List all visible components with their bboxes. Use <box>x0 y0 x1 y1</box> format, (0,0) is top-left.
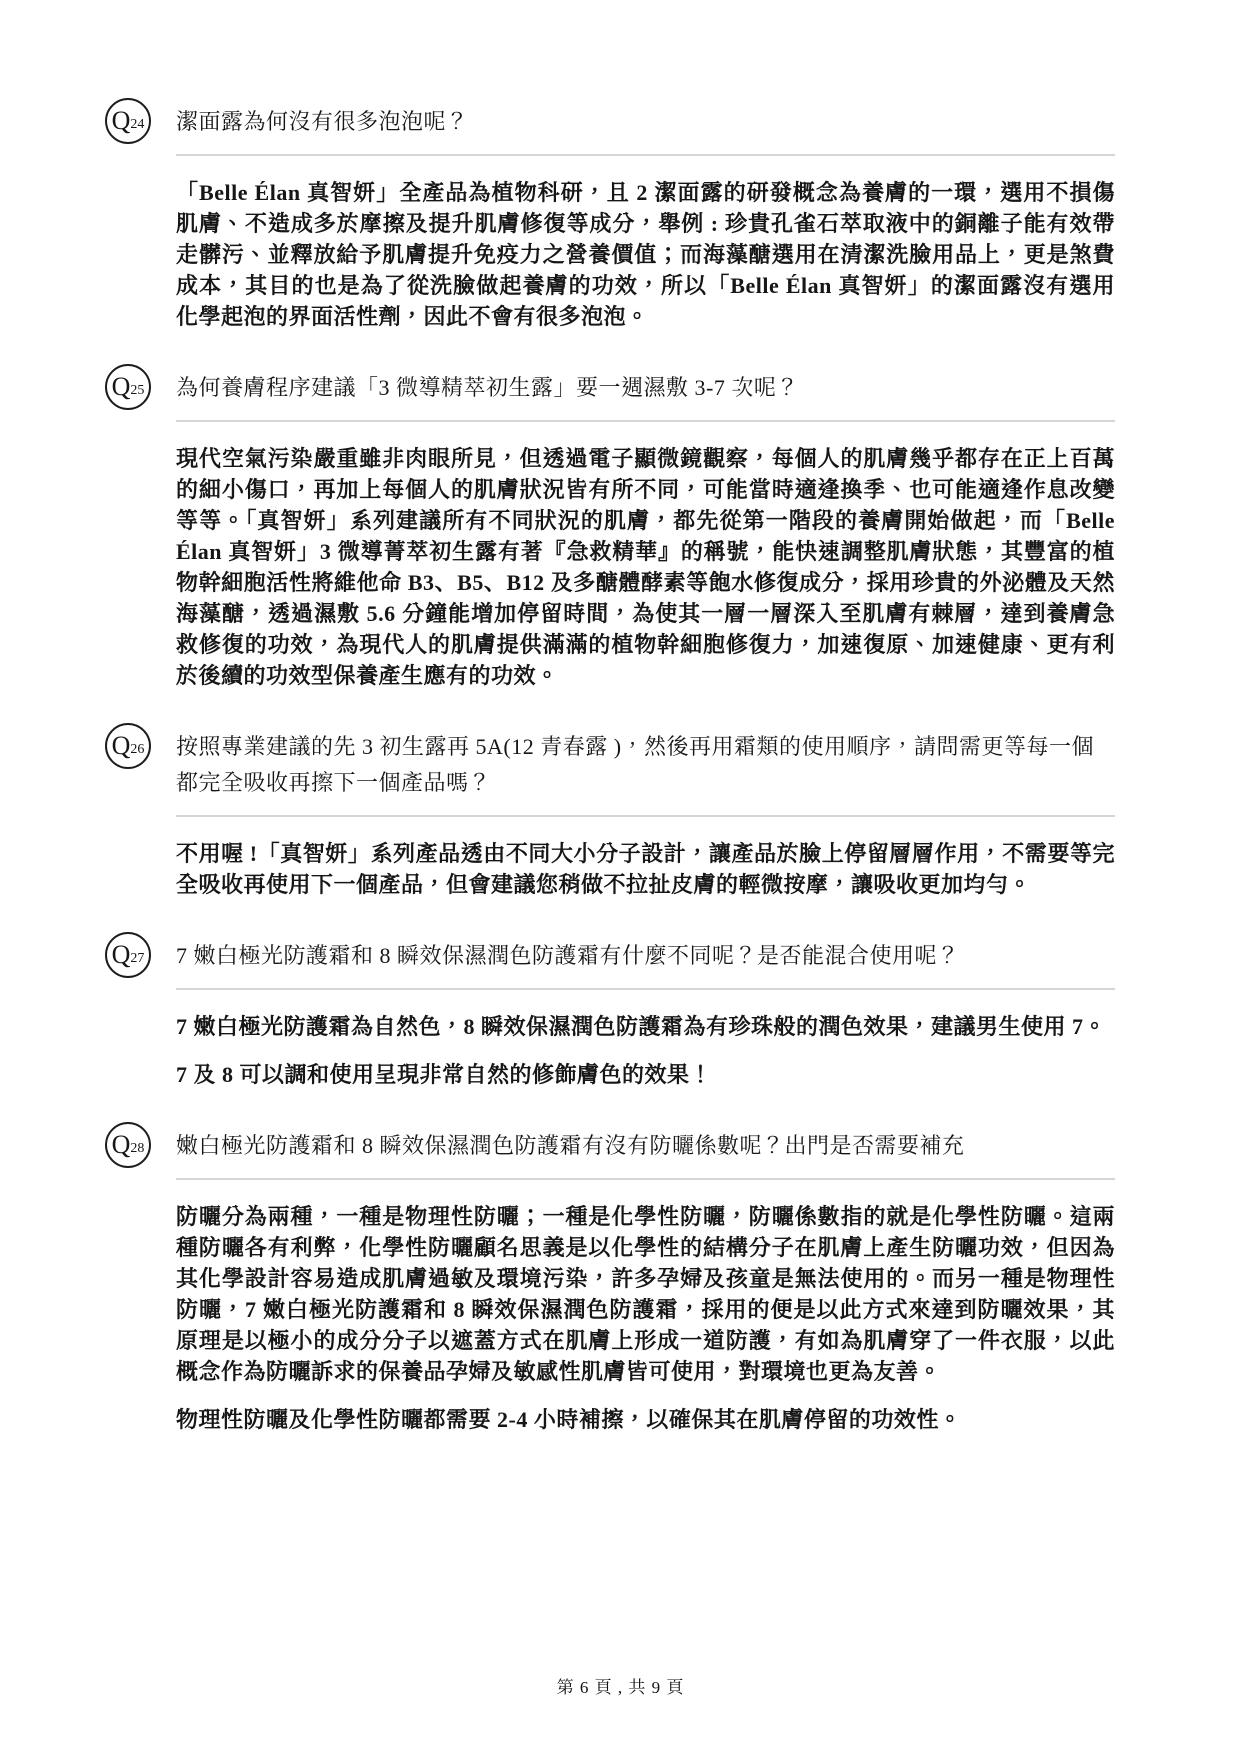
divider-line <box>176 988 1115 990</box>
faq-item-q27: Q27 7 嫩白極光防護霜和 8 瞬效保濕潤色防護霜有什麼不同呢？是否能混合使用… <box>105 938 1115 1090</box>
page-number: 第 6 頁 , 共 9 頁 <box>0 1673 1241 1698</box>
question-number-badge: Q27 <box>105 932 151 978</box>
badge-q-number: 28 <box>130 1142 144 1156</box>
question-text: 7 嫩白極光防護霜和 8 瞬效保濕潤色防護霜有什麼不同呢？是否能混合使用呢？ <box>176 938 1115 974</box>
qa-body: 按照專業建議的先 3 初生露再 5A(12 青春露 )，然後再用霜類的使用順序，… <box>176 729 1115 900</box>
qa-body: 為何養膚程序建議「3 微導精萃初生露」要一週濕敷 3-7 次呢？ 現代空氣污染嚴… <box>176 370 1115 691</box>
divider-line <box>176 154 1115 156</box>
faq-content: Q24 潔面露為何沒有很多泡泡呢？ 「Belle Élan 真智妍」全產品為植物… <box>0 0 1241 1435</box>
divider-line <box>176 1178 1115 1180</box>
divider-line <box>176 420 1115 422</box>
answer-paragraph: 防曬分為兩種，一種是物理性防曬；一種是化學性防曬，防曬係數指的就是化學性防曬。這… <box>176 1201 1115 1387</box>
badge-q-letter: Q <box>112 733 131 759</box>
faq-item-q28: Q28 嫩白極光防護霜和 8 瞬效保濕潤色防護霜有沒有防曬係數呢？出門是否需要補… <box>105 1128 1115 1435</box>
faq-item-q24: Q24 潔面露為何沒有很多泡泡呢？ 「Belle Élan 真智妍」全產品為植物… <box>105 104 1115 332</box>
qa-body: 嫩白極光防護霜和 8 瞬效保濕潤色防護霜有沒有防曬係數呢？出門是否需要補充 防曬… <box>176 1128 1115 1435</box>
question-number-badge: Q25 <box>105 364 151 410</box>
faq-item-q26: Q26 按照專業建議的先 3 初生露再 5A(12 青春露 )，然後再用霜類的使… <box>105 729 1115 900</box>
question-text: 按照專業建議的先 3 初生露再 5A(12 青春露 )，然後再用霜類的使用順序，… <box>176 729 1115 801</box>
badge-q-letter: Q <box>112 374 131 400</box>
divider-line <box>176 815 1115 817</box>
answer-paragraph: 現代空氣污染嚴重雖非肉眼所見，但透過電子顯微鏡觀察，每個人的肌膚幾乎都存在正上百… <box>176 443 1115 691</box>
question-number-badge: Q26 <box>105 723 151 769</box>
question-text: 為何養膚程序建議「3 微導精萃初生露」要一週濕敷 3-7 次呢？ <box>176 370 1115 406</box>
answer-paragraph: 物理性防曬及化學性防曬都需要 2-4 小時補擦，以確保其在肌膚停留的功效性。 <box>176 1404 1115 1435</box>
question-number-badge: Q28 <box>105 1122 151 1168</box>
qa-body: 潔面露為何沒有很多泡泡呢？ 「Belle Élan 真智妍」全產品為植物科研，且… <box>176 104 1115 332</box>
badge-q-letter: Q <box>112 942 131 968</box>
qa-body: 7 嫩白極光防護霜和 8 瞬效保濕潤色防護霜有什麼不同呢？是否能混合使用呢？ 7… <box>176 938 1115 1090</box>
badge-q-number: 26 <box>130 743 144 757</box>
badge-q-letter: Q <box>112 1132 131 1158</box>
answer-paragraph: 7 及 8 可以調和使用呈現非常自然的修飾膚色的效果！ <box>176 1059 1115 1090</box>
badge-q-letter: Q <box>112 108 131 134</box>
answer-paragraph: 「Belle Élan 真智妍」全產品為植物科研，且 2 潔面露的研發概念為養膚… <box>176 177 1115 332</box>
badge-q-number: 27 <box>130 952 144 966</box>
badge-q-number: 24 <box>130 118 144 132</box>
answer-paragraph: 不用喔 !「真智妍」系列產品透由不同大小分子設計，讓產品於臉上停留層層作用，不需… <box>176 838 1115 900</box>
document-page: Q24 潔面露為何沒有很多泡泡呢？ 「Belle Élan 真智妍」全產品為植物… <box>0 0 1241 1754</box>
question-number-badge: Q24 <box>105 98 151 144</box>
answer-paragraph: 7 嫩白極光防護霜為自然色，8 瞬效保濕潤色防護霜為有珍珠般的潤色效果，建議男生… <box>176 1011 1115 1042</box>
question-text: 潔面露為何沒有很多泡泡呢？ <box>176 104 1115 140</box>
badge-q-number: 25 <box>130 384 144 398</box>
question-text: 嫩白極光防護霜和 8 瞬效保濕潤色防護霜有沒有防曬係數呢？出門是否需要補充 <box>176 1128 1115 1164</box>
faq-item-q25: Q25 為何養膚程序建議「3 微導精萃初生露」要一週濕敷 3-7 次呢？ 現代空… <box>105 370 1115 691</box>
